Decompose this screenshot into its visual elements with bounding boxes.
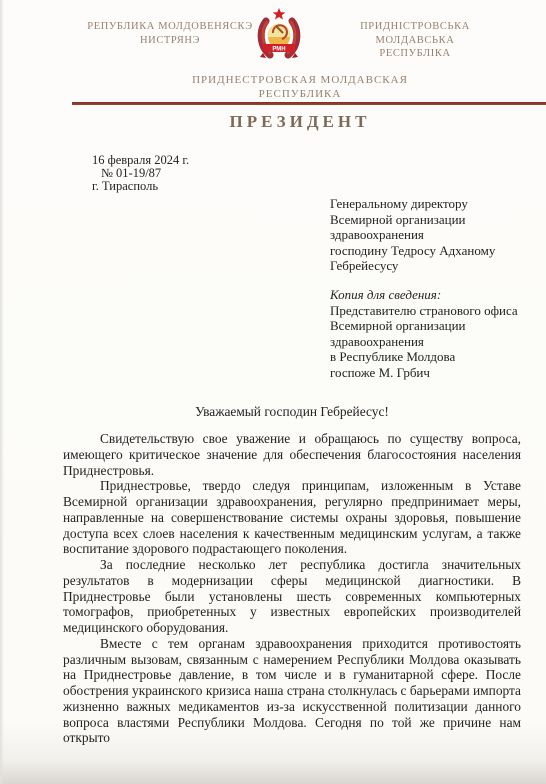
state-emblem-icon: РМН (256, 8, 302, 62)
recipient-line: Гебрейесусу (330, 258, 542, 274)
copy-line: госпоже М. Грбич (330, 365, 542, 381)
letter-body: Свидетельствую свое уважение и обращаюсь… (63, 431, 521, 746)
salutation: Уважаемый господин Гебрейесус! (63, 404, 521, 420)
recipient-line: Всемирной организации (330, 212, 542, 228)
recipient-block: Генеральному директору Всемирной организ… (330, 196, 542, 274)
paragraph: За последние несколько лет республика до… (63, 557, 521, 636)
state-name-russian-line1: ПРИДНЕСТРОВСКАЯ МОЛДАВСКАЯ (60, 74, 540, 88)
copy-line: Всемирной организации (330, 318, 542, 334)
copy-recipient-block: Копия для сведения: Представителю страно… (330, 287, 542, 381)
copy-label: Копия для сведения: (330, 287, 542, 303)
letterhead-divider (72, 102, 546, 105)
emblem-banner-label: РМН (272, 46, 285, 52)
copy-line: в Республике Молдова (330, 349, 542, 365)
state-name-ukrainian: ПРИДНІСТРОВСЬКА МОЛДАВСЬКА РЕСПУБЛІКА (330, 20, 500, 61)
state-name-moldovan-line1: РЕПУБЛИКА МОЛДОВЕНЯСКЭ (86, 20, 254, 34)
office-title: ПРЕЗИДЕНТ (60, 112, 540, 132)
copy-line: здравоохранения (330, 334, 542, 350)
letter-meta: 16 февраля 2024 г. № 01-19/87 г. Тираспо… (92, 154, 189, 194)
paragraph: Приднестровье, твердо следуя принципам, … (63, 478, 521, 557)
paragraph: Вместе с тем органам здравоохранения при… (63, 636, 521, 746)
state-name-russian-line2: РЕСПУБЛИКА (60, 88, 540, 102)
letter-city: г. Тирасполь (92, 180, 189, 193)
state-name-moldovan: РЕПУБЛИКА МОЛДОВЕНЯСКЭ НИСТРЯНЭ (86, 20, 254, 47)
scan-edge-shadow (0, 0, 4, 784)
red-star-icon (273, 8, 286, 20)
letter-page: РЕПУБЛИКА МОЛДОВЕНЯСКЭ НИСТРЯНЭ РМН ПРИД… (0, 0, 546, 784)
recipient-line: здравоохранения (330, 227, 542, 243)
recipient-line: Генеральному директору (330, 196, 542, 212)
paragraph: Свидетельствую свое уважение и обращаюсь… (63, 431, 521, 478)
state-name-moldovan-line2: НИСТРЯНЭ (86, 34, 254, 48)
copy-line: Представителю странового офиса (330, 303, 542, 319)
state-name-ukrainian-line2: РЕСПУБЛІКА (330, 47, 500, 61)
state-name-russian: ПРИДНЕСТРОВСКАЯ МОЛДАВСКАЯ РЕСПУБЛИКА (60, 74, 540, 101)
recipient-line: господину Тедросу Адханому (330, 243, 542, 259)
state-name-ukrainian-line1: ПРИДНІСТРОВСЬКА МОЛДАВСЬКА (330, 20, 500, 47)
